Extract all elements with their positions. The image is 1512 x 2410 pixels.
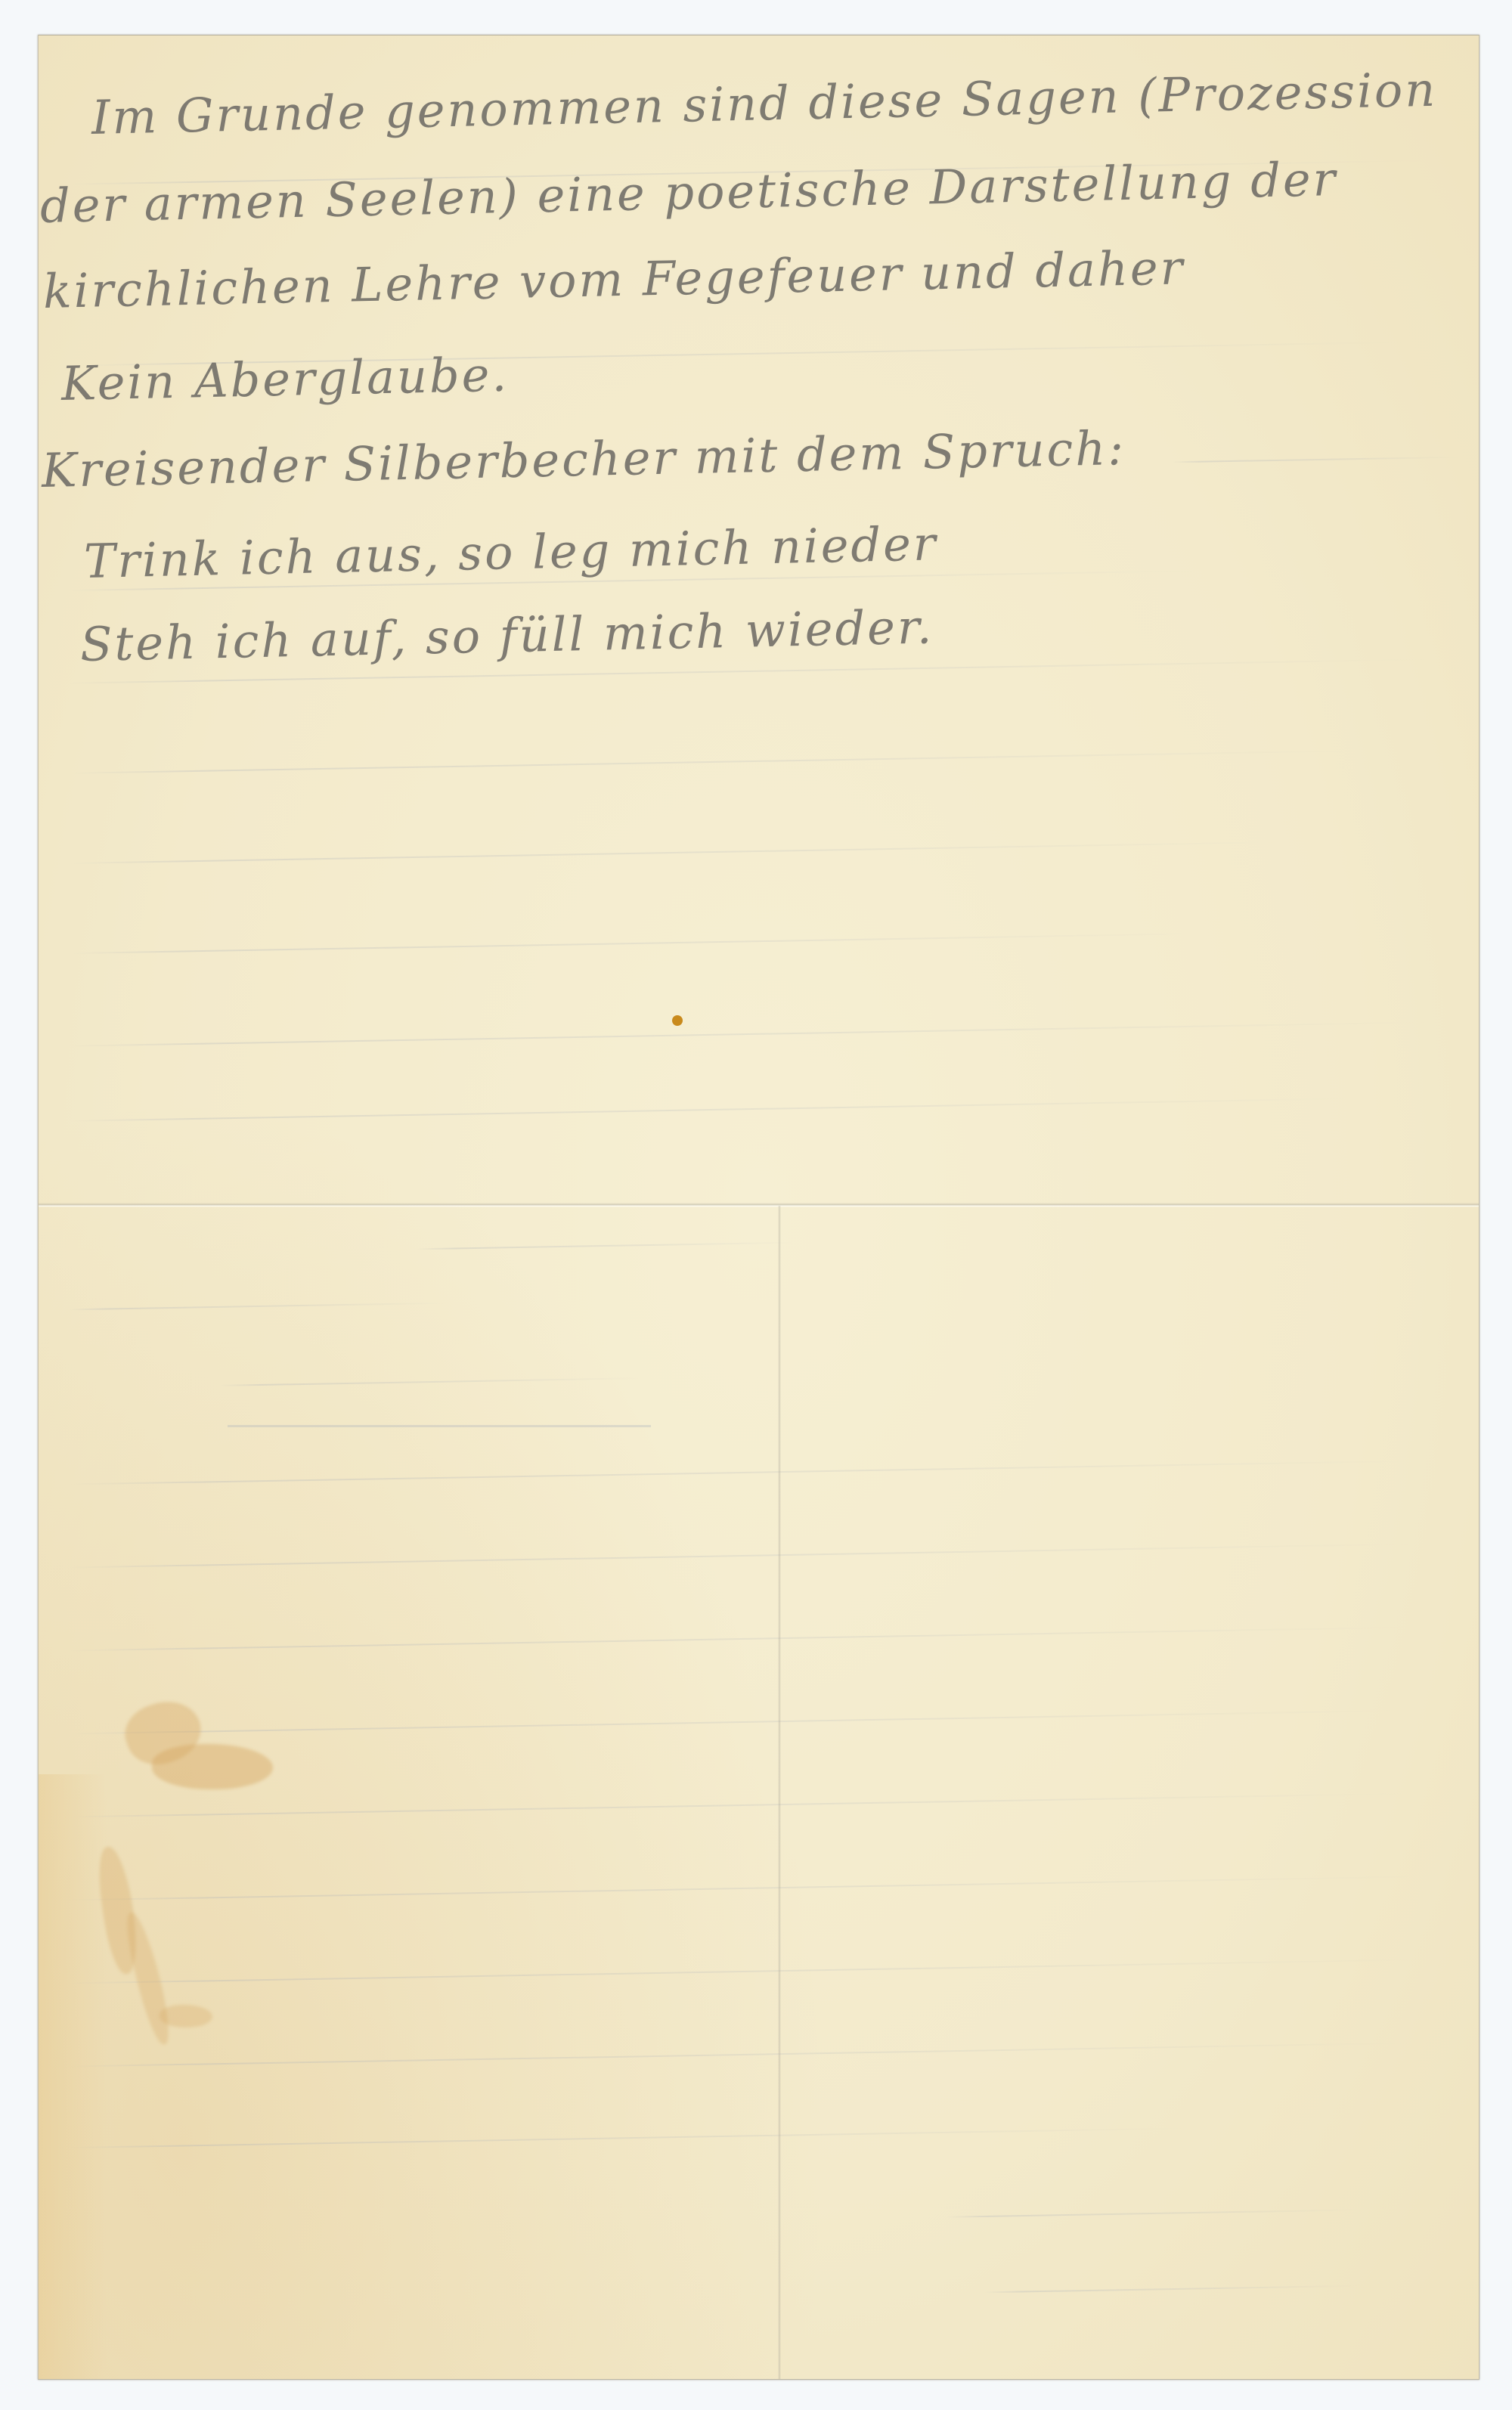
text-line-7: Steh ich auf, so füll mich wieder. (79, 603, 934, 668)
text-line-4: Kein Aberglaube. (60, 352, 509, 407)
text-line-3: kirchlichen Lehre vom Fegefeuer und dahe… (42, 244, 1185, 315)
text-line-6: Trink ich aus, so leg mich nieder (83, 520, 938, 585)
text-line-1: Im Grunde genommen sind diese Sagen (Pro… (91, 67, 1437, 141)
paper-page: Im Grunde genommen sind diese Sagen (Pro… (38, 35, 1479, 2380)
handwritten-text: Im Grunde genommen sind diese Sagen (Pro… (39, 36, 1479, 2379)
text-line-2: der armen Seelen) eine poetische Darstel… (39, 156, 1337, 230)
text-line-5: Kreisender Silberbecher mit dem Spruch: (41, 425, 1126, 494)
